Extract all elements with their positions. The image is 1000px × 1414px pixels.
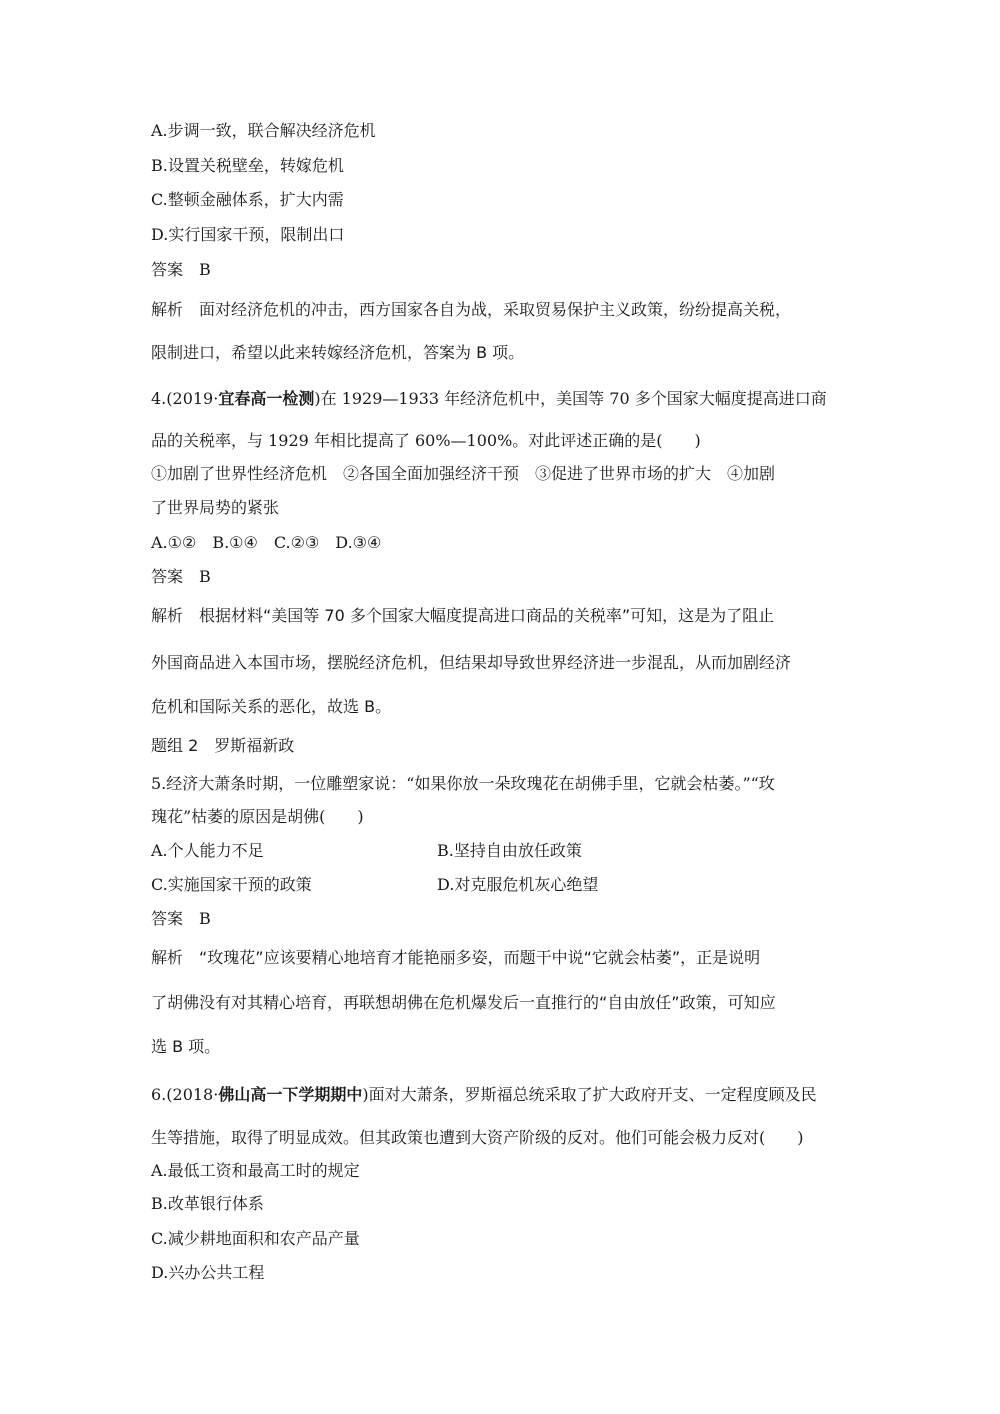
- q6-option-b: B.改革银行体系: [151, 1194, 264, 1214]
- q5-option-d: D.对克服危机灰心绝望: [437, 875, 598, 895]
- q3-option-c: C.整顿金融体系，扩大内需: [151, 190, 344, 210]
- q6-option-c: C.减少耕地面积和农产品产量: [151, 1229, 360, 1249]
- q3-option-d: D.实行国家干预，限制出口: [151, 225, 344, 245]
- q4-statements: ①加剧了世界性经济危机 ②各国全面加强经济干预 ③促进了世界市场的扩大 ④加剧: [151, 464, 775, 484]
- analysis-label: 解析: [151, 948, 183, 967]
- q3-option-a: A.步调一致，联合解决经济危机: [151, 121, 376, 141]
- group-title: 罗斯福新政: [214, 736, 294, 755]
- q4-answer: 答案B: [151, 567, 211, 587]
- q5-option-b: B.坚持自由放任政策: [437, 841, 582, 861]
- q5-stem-cont: 瑰花”枯萎的原因是胡佛( ): [151, 807, 364, 827]
- q6-stem-text: )面对大萧条，罗斯福总统采取了扩大政府开支、一定程度顾及民: [362, 1085, 816, 1104]
- q4-stem-cont: 品的关税率，与 1929 年相比提高了 60%—100%。对此评述正确的是( ): [151, 431, 701, 451]
- q3-answer: 答案B: [151, 260, 211, 280]
- analysis-label: 解析: [151, 300, 183, 319]
- answer-label: 答案: [151, 260, 183, 279]
- q4-source: 宜春高一检测: [218, 389, 314, 408]
- q4-analysis-cont-1: 外国商品进入本国市场，摆脱经济危机，但结果却导致世界经济进一步混乱，从而加剧经济: [151, 653, 791, 673]
- q4-analysis: 解析根据材料“美国等 70 多个国家大幅度提高进口商品的关税率”可知，这是为了阻…: [151, 606, 774, 626]
- q3-analysis-cont: 限制进口，希望以此来转嫁经济危机，答案为 B 项。: [151, 343, 524, 363]
- q5-analysis: 解析“玫瑰花”应该要精心地培育才能艳丽多姿，而题干中说“它就会枯萎”，正是说明: [151, 948, 760, 968]
- q3-option-b: B.设置关税壁垒，转嫁危机: [151, 156, 344, 176]
- q6-option-a: A.最低工资和最高工时的规定: [151, 1161, 360, 1181]
- q5-option-a: A.个人能力不足: [151, 841, 264, 860]
- q4-stem-text: )在 1929—1933 年经济危机中，美国等 70 多个国家大幅度提高进口商: [314, 389, 826, 408]
- group-heading: 题组 2罗斯福新政: [151, 736, 294, 756]
- q5-stem: 5.经济大萧条时期，一位雕塑家说：“如果你放一朵玫瑰花在胡佛手里，它就会枯萎。”…: [151, 774, 775, 794]
- q5-analysis-cont-2: 选 B 项。: [151, 1037, 220, 1057]
- q3-analysis: 解析面对经济危机的冲击，西方国家各自为战，采取贸易保护主义政策，纷纷提高关税，: [151, 300, 791, 320]
- q4-number: 4.(2019·: [151, 389, 218, 408]
- analysis-label: 解析: [151, 606, 183, 625]
- q6-option-d: D.兴办公共工程: [151, 1263, 264, 1283]
- answer-label: 答案: [151, 909, 183, 928]
- q4-statements-cont: 了世界局势的紧张: [151, 498, 279, 518]
- q5-options-row-2: C.实施国家干预的政策 D.对克服危机灰心绝望: [151, 875, 851, 895]
- q5-options-row-1: A.个人能力不足 B.坚持自由放任政策: [151, 841, 851, 861]
- answer-value: B: [199, 909, 211, 928]
- q6-source: 佛山高一下学期期中: [218, 1085, 362, 1104]
- q5-option-c: C.实施国家干预的政策: [151, 875, 312, 894]
- analysis-text: 根据材料“美国等 70 多个国家大幅度提高进口商品的关税率”可知，这是为了阻止: [199, 606, 774, 625]
- answer-label: 答案: [151, 567, 183, 586]
- q6-stem-cont: 生等措施，取得了明显成效。但其政策也遭到大资产阶级的反对。他们可能会极力反对( …: [151, 1128, 804, 1148]
- group-label: 题组 2: [151, 736, 198, 755]
- q4-options: A.①② B.①④ C.②③ D.③④: [151, 533, 381, 553]
- analysis-text: 面对经济危机的冲击，西方国家各自为战，采取贸易保护主义政策，纷纷提高关税，: [199, 300, 791, 319]
- answer-value: B: [199, 260, 211, 279]
- q4-stem: 4.(2019·宜春高一检测)在 1929—1933 年经济危机中，美国等 70…: [151, 389, 827, 409]
- q6-stem: 6.(2018·佛山高一下学期期中)面对大萧条，罗斯福总统采取了扩大政府开支、一…: [151, 1085, 817, 1105]
- q6-number: 6.(2018·: [151, 1085, 218, 1104]
- answer-value: B: [199, 567, 211, 586]
- analysis-text: “玫瑰花”应该要精心地培育才能艳丽多姿，而题干中说“它就会枯萎”，正是说明: [199, 948, 760, 967]
- q5-answer: 答案B: [151, 909, 211, 929]
- q4-analysis-cont-2: 危机和国际关系的恶化，故选 B。: [151, 697, 391, 717]
- q5-analysis-cont-1: 了胡佛没有对其精心培育，再联想胡佛在危机爆发后一直推行的“自由放任”政策，可知应: [151, 993, 776, 1013]
